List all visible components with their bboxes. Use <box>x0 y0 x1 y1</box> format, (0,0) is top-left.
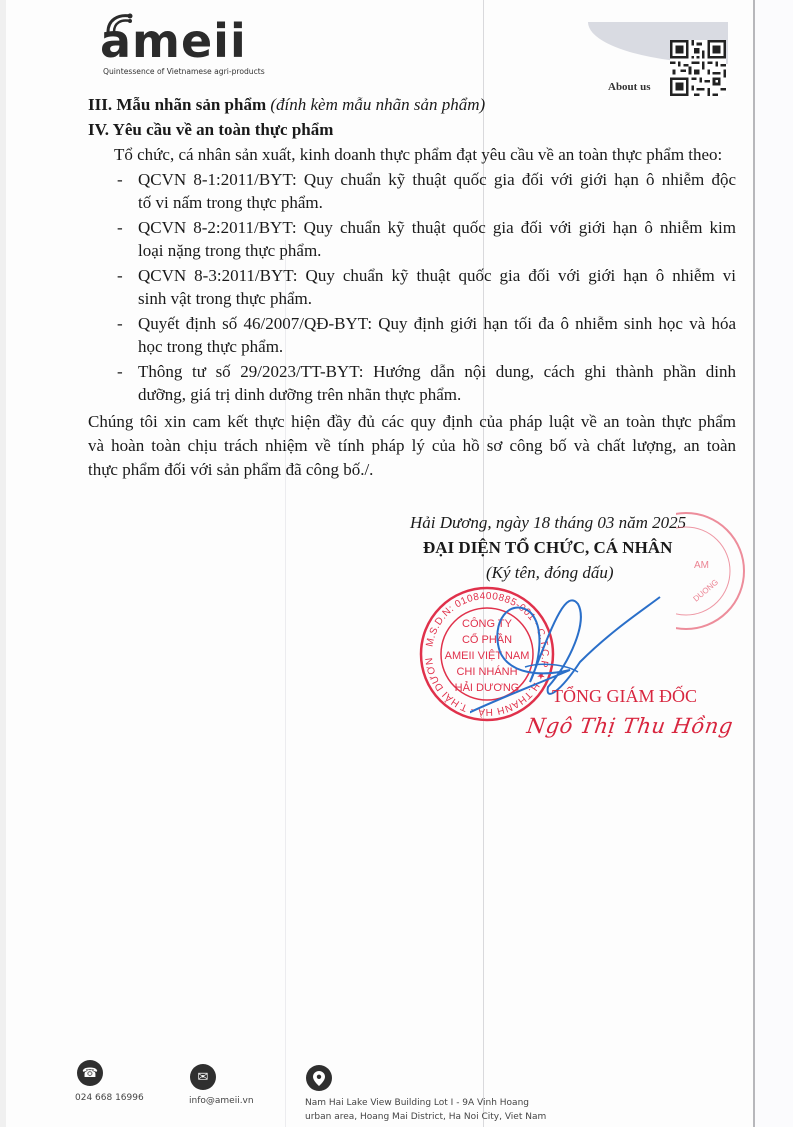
regulation-text: Quyết định số 46/2007/QĐ-BYT: Quy định g… <box>138 314 736 334</box>
regulation-text: QCVN 8-2:2011/BYT: Quy chuẩn kỹ thuật qu… <box>138 218 736 238</box>
location-pin-glyph <box>313 1071 325 1086</box>
section-3-note: (đính kèm mẫu nhãn sản phẩm) <box>270 95 485 114</box>
page-left-edge <box>0 0 6 1127</box>
about-us-label: About us <box>608 81 651 93</box>
svg-text:DUONG: DUONG <box>692 577 721 603</box>
regulation-text: QCVN 8-3:2011/BYT: Quy chuẩn kỹ thuật qu… <box>138 266 736 286</box>
section-4-intro: Tổ chức, cá nhân sản xuất, kinh doanh th… <box>114 145 734 165</box>
page-margin-strip <box>755 0 793 1127</box>
regulation-text-cont: dưỡng, giá trị dinh dưỡng trên nhãn thực… <box>138 385 461 405</box>
commitment-line: thực phẩm đối với sản phẩm đã công bố./. <box>88 460 373 480</box>
footer-phone[interactable]: 024 668 16996 <box>75 1093 144 1103</box>
regulation-text-cont: sinh vật trong thực phẩm. <box>138 289 312 309</box>
document-page: ameii Quintessence of Vietnamese agri-pr… <box>0 0 793 1127</box>
company-logo: ameii Quintessence of Vietnamese agri-pr… <box>100 18 265 76</box>
footer-address-line2: urban area, Hoang Mai District, Ha Noi C… <box>305 1112 546 1122</box>
regulation-text: Thông tư số 29/2023/TT-BYT: Hướng dẫn nộ… <box>138 362 736 382</box>
svg-text:AM: AM <box>694 560 709 571</box>
representative-title: ĐẠI DIỆN TỔ CHỨC, CÁ NHÂN <box>423 538 672 558</box>
commitment-line: Chúng tôi xin cam kết thực hiện đầy đủ c… <box>88 412 736 432</box>
section-3-title: III. Mẫu nhãn sản phẩm <box>88 95 266 114</box>
phone-icon: ☎ <box>77 1060 103 1086</box>
list-bullet: - <box>117 362 123 382</box>
sign-note: (Ký tên, đóng dấu) <box>486 563 613 583</box>
logo-swirl-icon <box>104 12 134 34</box>
place-date: Hải Dương, ngày 18 tháng 03 năm 2025 <box>410 513 686 533</box>
commitment-line: và hoàn toàn chịu trách nhiệm về tính ph… <box>88 436 736 456</box>
partial-stamp-icon: AM DUONG <box>676 506 756 636</box>
list-bullet: - <box>117 218 123 238</box>
list-bullet: - <box>117 266 123 286</box>
regulation-text-cont: học trong thực phẩm. <box>138 337 283 357</box>
qr-code-icon[interactable] <box>670 40 726 96</box>
location-pin-icon <box>306 1065 332 1091</box>
footer-address-line1: Nam Hai Lake View Building Lot I - 9A Vi… <box>305 1098 529 1108</box>
list-bullet: - <box>117 170 123 190</box>
section-4-title: IV. Yêu cầu về an toàn thực phẩm <box>88 120 333 140</box>
regulation-text-cont: tố vi nấm trong thực phẩm. <box>138 193 323 213</box>
regulation-text: QCVN 8-1:2011/BYT: Quy chuẩn kỹ thuật qu… <box>138 170 736 190</box>
section-3-heading: III. Mẫu nhãn sản phẩm (đính kèm mẫu nhã… <box>88 95 485 115</box>
mail-icon: ✉ <box>190 1064 216 1090</box>
logo-tagline: Quintessence of Vietnamese agri-products <box>103 67 265 76</box>
list-bullet: - <box>117 314 123 334</box>
footer-email[interactable]: info@ameii.vn <box>189 1096 254 1106</box>
signatory-title: TỔNG GIÁM ĐỐC <box>552 686 697 707</box>
regulation-text-cont: loại nặng trong thực phẩm. <box>138 241 321 261</box>
signatory-name: Ngô Thị Thu Hồng <box>525 714 734 738</box>
